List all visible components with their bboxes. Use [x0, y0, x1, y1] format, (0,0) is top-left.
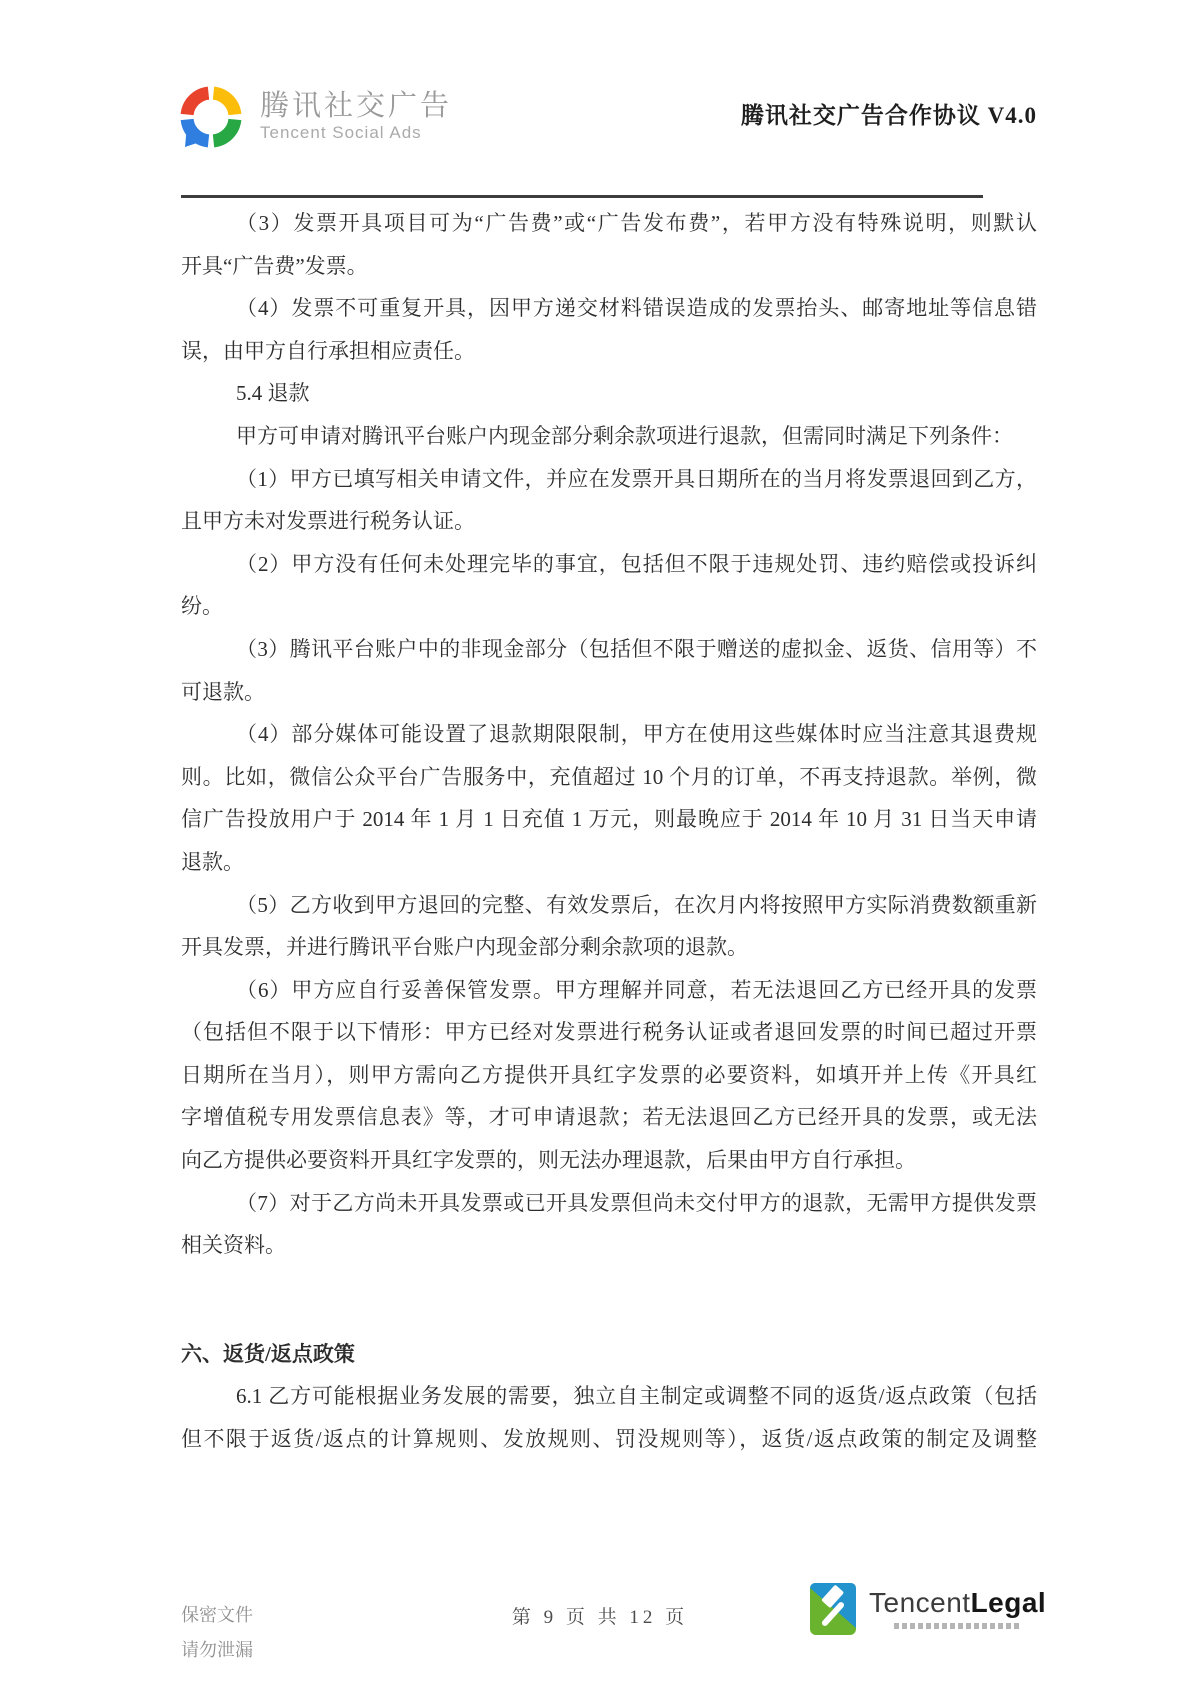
document-line: （6）甲方应自行妥善保管发票。甲方理解并同意，若无法退回乙方已经开具的发票: [181, 969, 1037, 1012]
brand-name-en: Tencent Social Ads: [260, 122, 452, 144]
document-line: 纷。: [181, 585, 1037, 628]
document-line: （3）发票开具项目可为“广告费”或“广告发布费”，若甲方没有特殊说明，则默认: [181, 202, 1037, 245]
document-title: 腾讯社交广告合作协议 V4.0: [741, 97, 1037, 130]
document-line: （4）部分媒体可能设置了退款期限限制，甲方在使用这些媒体时应当注意其退费规: [181, 713, 1037, 756]
legal-tagline: [894, 1623, 1022, 1629]
gavel-icon: [810, 1583, 856, 1635]
document-line: 六、返货/返点政策: [181, 1333, 1037, 1376]
document-line: 可退款。: [181, 671, 1037, 714]
document-line: 退款。: [181, 841, 1037, 884]
document-line: 甲方可申请对腾讯平台账户内现金部分剩余款项进行退款，但需同时满足下列条件：: [181, 415, 1037, 458]
legal-brand-text: TencentLegal: [869, 1583, 1046, 1629]
document-line: （4）发票不可重复开具，因甲方递交材料错误造成的发票抬头、邮寄地址等信息错: [181, 287, 1037, 330]
document-line: 向乙方提供必要资料开具红字发票的，则无法办理退款，后果由甲方自行承担。: [181, 1139, 1037, 1182]
document-line: 误，由甲方自行承担相应责任。: [181, 330, 1037, 373]
legal-brand-name: TencentLegal: [869, 1588, 1046, 1618]
document-line: 6.1 乙方可能根据业务发展的需要，独立自主制定或调整不同的返货/返点政策（包括: [181, 1375, 1037, 1418]
document-line: 5.4 退款: [181, 372, 1037, 415]
confidential-line-2: 请勿泄漏: [181, 1633, 253, 1668]
document-line: （包括但不限于以下情形：甲方已经对发票进行税务认证或者退回发票的时间已超过开票: [181, 1011, 1037, 1054]
document-line: 相关资料。: [181, 1224, 1037, 1267]
tencent-social-ads-logo: 腾讯社交广告 Tencent Social Ads: [178, 84, 452, 150]
tencent-social-ads-ring-icon: [178, 84, 244, 150]
document-line: 字增值税专用发票信息表》等，才可申请退款；若无法退回乙方已经开具的发票，或无法: [181, 1096, 1037, 1139]
brand-name-cn: 腾讯社交广告: [260, 90, 452, 122]
document-line: 但不限于返货/返点的计算规则、发放规则、罚没规则等），返货/返点政策的制定及调整: [181, 1418, 1037, 1461]
document-line: （2）甲方没有任何未处理完毕的事宜，包括但不限于违规处罚、违约赔偿或投诉纠: [181, 543, 1037, 586]
document-line: [181, 1267, 1037, 1333]
document-line: 开具“广告费”发票。: [181, 245, 1037, 288]
document-line: （5）乙方收到甲方退回的完整、有效发票后，在次月内将按照甲方实际消费数额重新: [181, 884, 1037, 927]
document-line: 且甲方未对发票进行税务认证。: [181, 500, 1037, 543]
document-line: 日期所在当月），则甲方需向乙方提供开具红字发票的必要资料，如填开并上传《开具红: [181, 1054, 1037, 1097]
document-line: （1）甲方已填写相关申请文件，并应在发票开具日期所在的当月将发票退回到乙方，: [181, 458, 1037, 501]
document-page: 腾讯社交广告 Tencent Social Ads 腾讯社交广告合作协议 V4.…: [0, 0, 1200, 1698]
tencent-legal-logo: TencentLegal: [810, 1583, 1046, 1635]
document-body: （3）发票开具项目可为“广告费”或“广告发布费”，若甲方没有特殊说明，则默认开具…: [181, 202, 1037, 1461]
document-line: 开具发票，并进行腾讯平台账户内现金部分剩余款项的退款。: [181, 926, 1037, 969]
document-line: 信广告投放用户于 2014 年 1 月 1 日充值 1 万元，则最晚应于 201…: [181, 798, 1037, 841]
document-line: （7）对于乙方尚未开具发票或已开具发票但尚未交付甲方的退款，无需甲方提供发票: [181, 1182, 1037, 1225]
document-line: （3）腾讯平台账户中的非现金部分（包括但不限于赠送的虚拟金、返货、信用等）不: [181, 628, 1037, 671]
brand-text: 腾讯社交广告 Tencent Social Ads: [260, 90, 452, 144]
header-divider: [181, 195, 983, 198]
document-line: 则。比如，微信公众平台广告服务中，充值超过 10 个月的订单，不再支持退款。举例…: [181, 756, 1037, 799]
